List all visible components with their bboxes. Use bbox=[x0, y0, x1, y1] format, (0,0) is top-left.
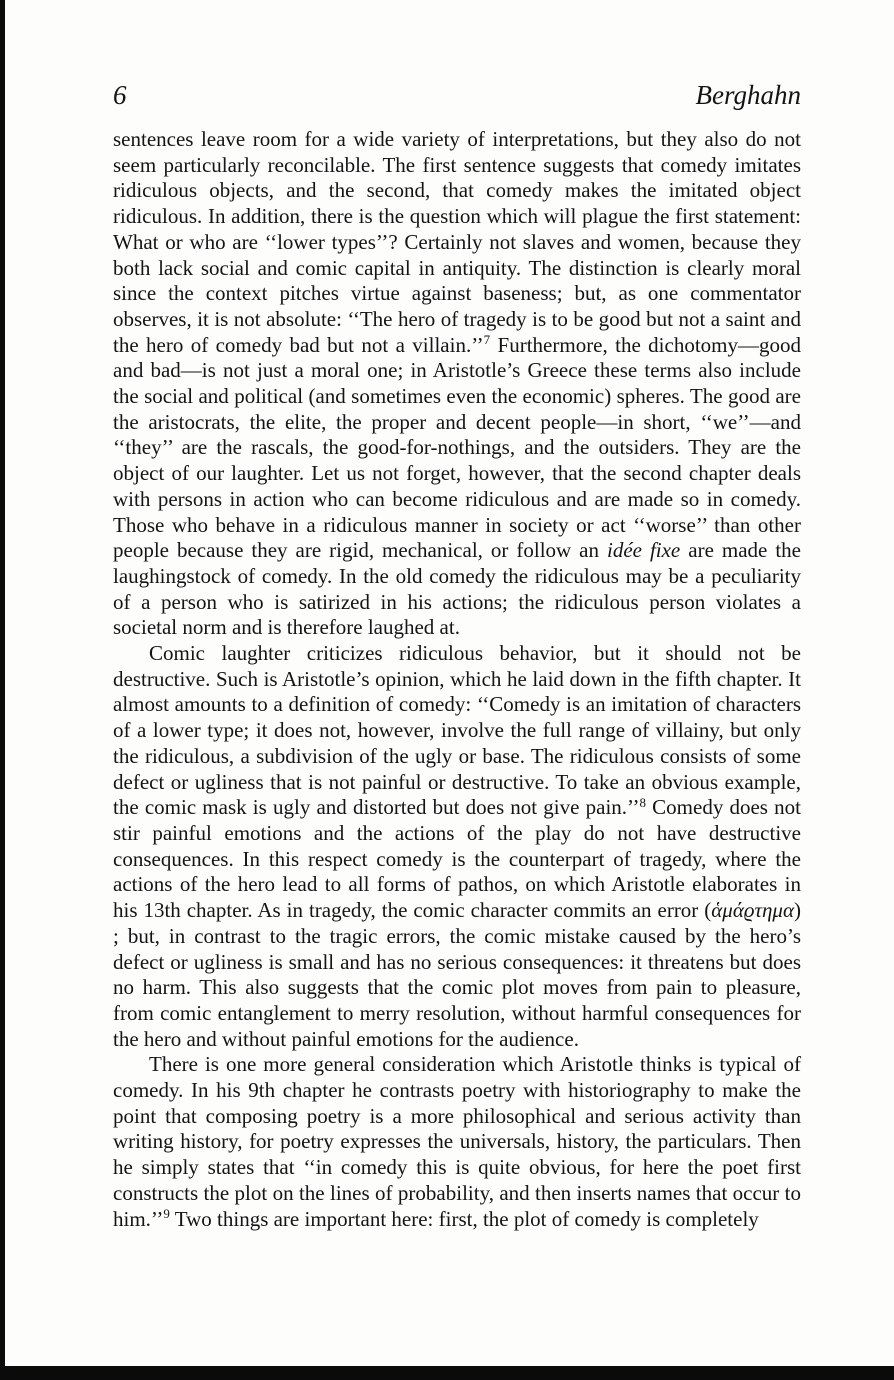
body-text: sentences leave room for a wide variety … bbox=[113, 127, 801, 1232]
paragraph: There is one more general consideration … bbox=[113, 1052, 801, 1232]
scan-edge-bottom-bar bbox=[0, 1366, 894, 1380]
scan-edge-left-bar bbox=[0, 0, 5, 1380]
paragraph: Comic laughter criticizes ridiculous beh… bbox=[113, 641, 801, 1052]
book-page: 6 Berghahn sentences leave room for a wi… bbox=[0, 0, 894, 1380]
running-head-title: Berghahn bbox=[696, 80, 801, 111]
page-number: 6 bbox=[113, 80, 127, 111]
running-header: 6 Berghahn bbox=[113, 80, 801, 111]
paragraph: sentences leave room for a wide variety … bbox=[113, 127, 801, 641]
